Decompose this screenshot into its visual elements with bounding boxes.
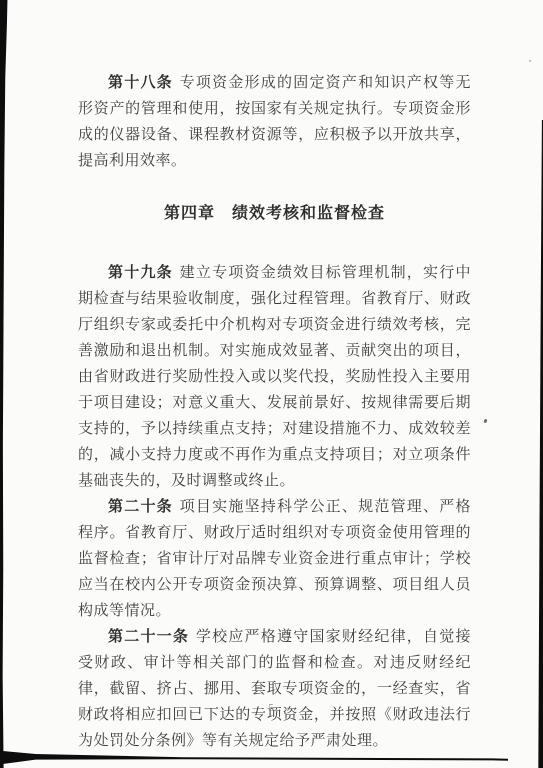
page-number: 5 — [0, 702, 543, 714]
article-21-text: 学校应严格遵守国家财经纪律，自觉接受财政、审计等相关部门的监督和检查。对违反财经… — [78, 629, 471, 749]
scan-speck — [529, 60, 531, 62]
scan-artifact-right-edge — [537, 120, 543, 768]
article-18-number: 第十八条 — [108, 75, 173, 91]
document-body: 第十八条专项资金形成的固定资产和知识产权等无形资产的管理和使用，按国家有关规定执… — [78, 70, 471, 754]
paragraph-article-21: 第二十一条学校应严格遵守国家财经纪律，自觉接受财政、审计等相关部门的监督和检查。… — [78, 624, 471, 754]
article-19-number: 第十九条 — [108, 265, 173, 281]
article-21-number: 第二十一条 — [108, 629, 189, 645]
scan-speck — [483, 419, 487, 424]
paragraph-article-18: 第十八条专项资金形成的固定资产和知识产权等无形资产的管理和使用，按国家有关规定执… — [78, 70, 471, 174]
scan-artifact-left-edge — [0, 0, 12, 768]
article-20-text: 项目实施坚持科学公正、规范管理、严格程序。省教育厅、财政厅适时组织对专项资金使用… — [78, 499, 471, 619]
scanned-document-page: 第十八条专项资金形成的固定资产和知识产权等无形资产的管理和使用，按国家有关规定执… — [0, 0, 543, 768]
article-19-text: 建立专项资金绩效目标管理机制，实行中期检查与结果验收制度，强化过程管理。省教育厅… — [78, 265, 471, 489]
paragraph-article-20: 第二十条项目实施坚持科学公正、规范管理、严格程序。省教育厅、财政厅适时组织对专项… — [78, 494, 471, 624]
article-20-number: 第二十条 — [108, 499, 173, 515]
paragraph-article-19: 第十九条建立专项资金绩效目标管理机制，实行中期检查与结果验收制度，强化过程管理。… — [78, 260, 471, 494]
chapter-heading: 第四章 绩效考核和监督检查 — [78, 201, 471, 227]
